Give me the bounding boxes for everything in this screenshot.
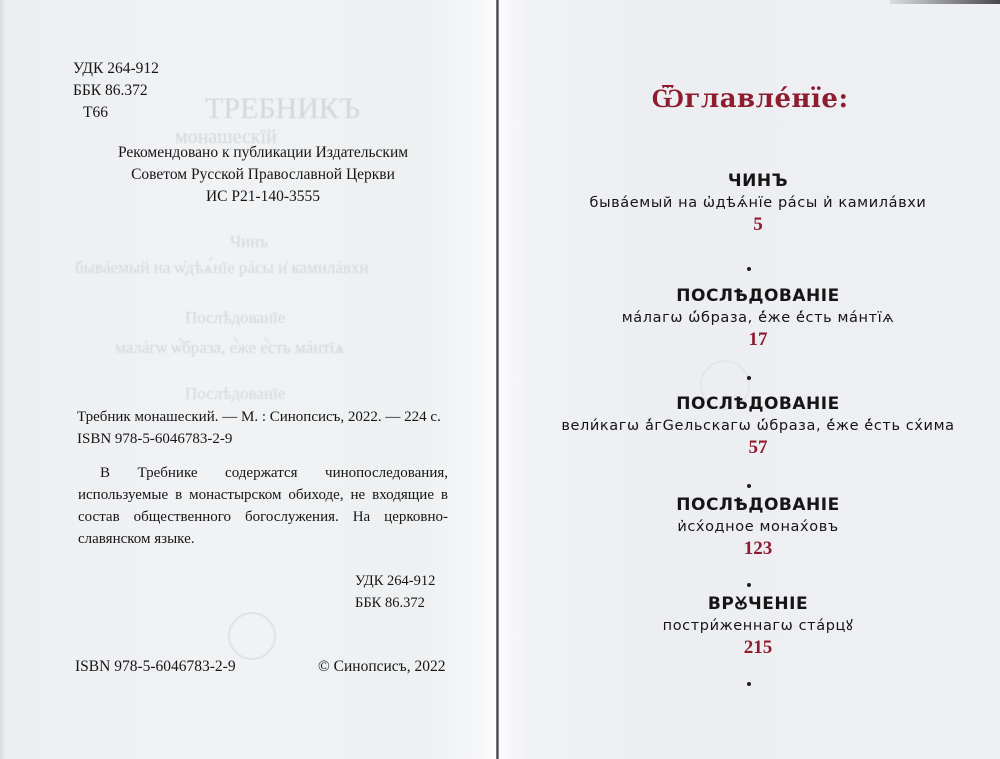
toc-entry[interactable]: ПОСЛѢДОВАНІЕ ма́лагѡ ѡ҆́браза, е҆́же е҆́…	[548, 285, 968, 351]
annotation: В Требнике содержатся чинопоследования, …	[78, 462, 448, 550]
toc-entry-heading: ЧИНЪ	[548, 170, 968, 192]
toc-entry-subtitle: быва́емый на ѡ҆дѣѧ́нїе ра́сы и҆ камила́в…	[548, 192, 968, 214]
bleed-through-text: Чинъ	[230, 232, 268, 252]
toc-entry-heading: ПОСЛѢДОВАНІЕ	[548, 494, 968, 516]
bleed-through-text: бывáемый на ѡ҆дѣѧ́нїе рáсы и҆ камилáвхи	[75, 258, 369, 278]
bleed-through-text: Послѣдованїе	[185, 384, 285, 404]
book-gutter	[496, 0, 499, 759]
separator-dot	[747, 267, 751, 271]
footer-isbn: ISBN 978-5-6046783-2-9	[75, 656, 236, 678]
toc-entry-heading: ВРꙊЧЕНІЕ	[548, 593, 968, 615]
bibliographic-description: Требник монашеский. — М. : Синопсисъ, 20…	[77, 406, 441, 428]
bleed-through-text: Послѣдованїе	[185, 308, 285, 328]
toc-entry-subtitle: постри́женнагѡ ста́рцꙋ	[548, 615, 968, 637]
emblem-watermark	[228, 612, 276, 660]
bleed-through-text: малáгѡ ѡ҆́браза, е҆́же е҆́сть мáнтїѧ	[115, 338, 345, 358]
toc-entry-subtitle: ма́лагѡ ѡ҆́браза, е҆́же е҆́сть ма́нтїѧ	[548, 307, 968, 329]
recommendation-line: ИС Р21-140-3555	[78, 186, 448, 208]
book-spread: ТРЕБНИКЪ монашескїй Чинъ бывáемый на ѡ҆д…	[0, 0, 1000, 759]
toc-entry[interactable]: ВРꙊЧЕНІЕ постри́женнагѡ ста́рцꙋ 215	[548, 593, 968, 659]
recommendation-line: Рекомендовано к публикации Издательским	[78, 142, 448, 164]
copyright: © Синопсисъ, 2022	[318, 656, 445, 678]
bbk-code: ББК 86.372	[73, 80, 148, 102]
separator-dot	[747, 376, 751, 380]
toc-entry-page: 123	[548, 538, 968, 560]
separator-dot	[747, 682, 751, 686]
recommendation-line: Советом Русской Православной Церкви	[78, 164, 448, 186]
toc-entry[interactable]: ПОСЛѢДОВАНІЕ вели́кагѡ а҆́гGельскагѡ ѡ҆́…	[548, 393, 968, 459]
author-mark: Т66	[83, 102, 108, 124]
toc-entry[interactable]: ЧИНЪ быва́емый на ѡ҆дѣѧ́нїе ра́сы и҆ кам…	[548, 170, 968, 236]
toc-title: Ѿглавлéнїе:	[600, 84, 900, 114]
toc-entry-heading: ПОСЛѢДОВАНІЕ	[548, 393, 968, 415]
bleed-through-text: ТРЕБНИКЪ	[205, 92, 360, 126]
toc-entry-subtitle: вели́кагѡ а҆́гGельскагѡ ѡ҆́браза, е҆́же …	[548, 415, 968, 437]
toc-entry-page: 215	[548, 637, 968, 659]
toc-entry-page: 17	[548, 329, 968, 351]
page-edge	[0, 0, 6, 759]
scan-shadow	[890, 0, 1000, 4]
udk-code: УДК 264-912	[73, 58, 159, 80]
toc-entry-page: 57	[548, 437, 968, 459]
toc-entry[interactable]: ПОСЛѢДОВАНІЕ и҆сх́одное монах́овъ 123	[548, 494, 968, 560]
separator-dot	[747, 583, 751, 587]
isbn: ISBN 978-5-6046783-2-9	[77, 428, 232, 450]
toc-entry-subtitle: и҆сх́одное монах́овъ	[548, 516, 968, 538]
footer-bbk: ББК 86.372	[355, 592, 425, 614]
toc-entry-heading: ПОСЛѢДОВАНІЕ	[548, 285, 968, 307]
toc-entry-page: 5	[548, 214, 968, 236]
separator-dot	[747, 484, 751, 488]
footer-udk: УДК 264-912	[355, 570, 435, 592]
